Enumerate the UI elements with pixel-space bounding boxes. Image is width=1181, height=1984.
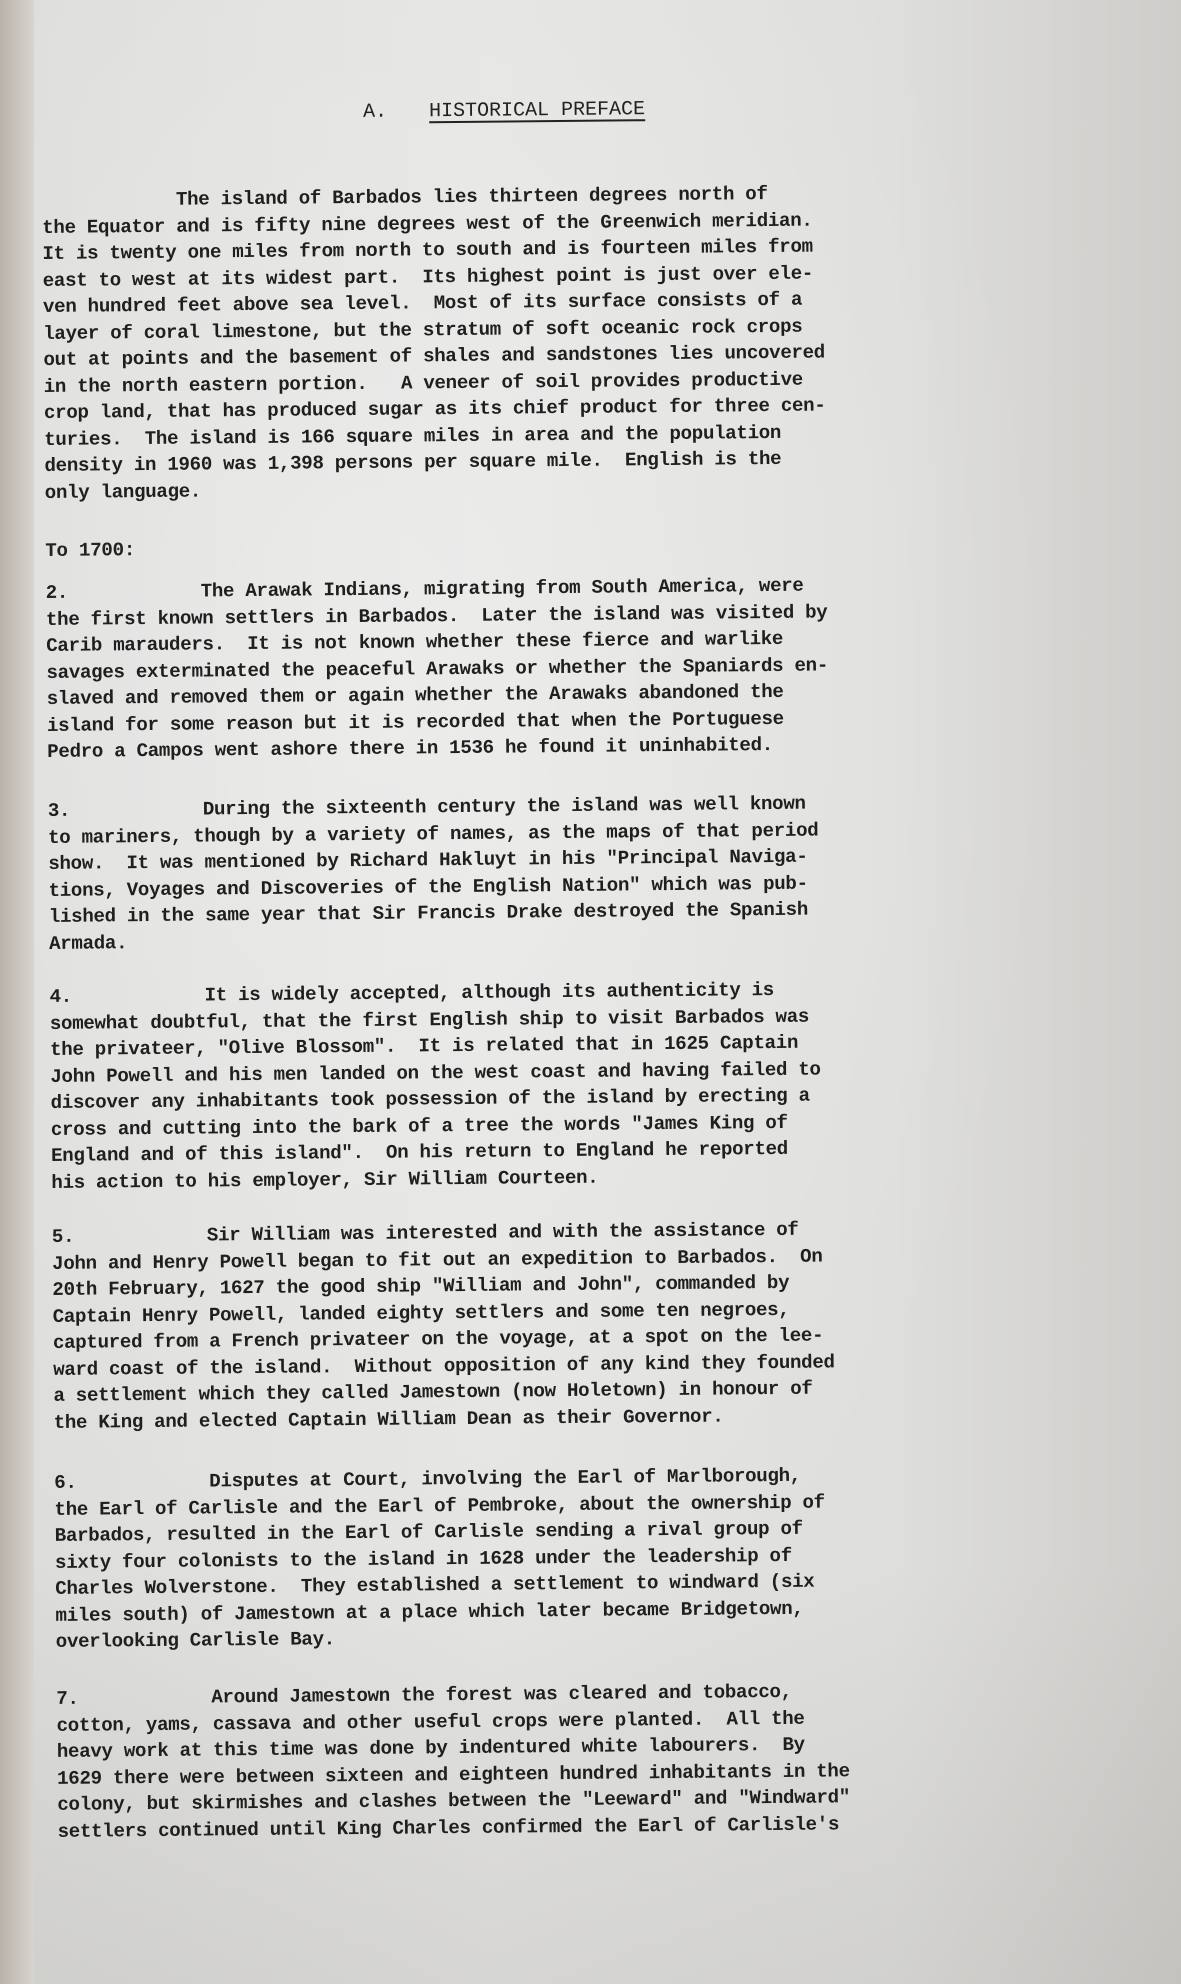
paragraph-7: 7.Around Jamestown the forest was cleare… (56, 1677, 987, 1845)
section-letter: A. (363, 101, 387, 124)
paragraph-4: 4.It is widely accepted, although its au… (49, 975, 981, 1196)
paragraph-number: 4. (49, 982, 204, 1010)
subheading-to-1700: To 1700: (45, 539, 135, 562)
paragraph-number: 3. (48, 796, 203, 824)
book-binding-edge (0, 0, 34, 1984)
paragraph-3: 3.During the sixteenth century the islan… (48, 789, 979, 957)
section-title: A.HISTORICAL PREFACE (363, 98, 645, 124)
paragraph-number: 5. (52, 1222, 207, 1250)
paragraph-2: 2.The Arawak Indians, migrating from Sou… (46, 571, 978, 765)
paragraph-number: 7. (56, 1684, 211, 1712)
paragraph-number: 6. (54, 1468, 209, 1496)
paragraph-6: 6.Disputes at Court, involving the Earl … (54, 1461, 986, 1655)
paragraph-5: 5.Sir William was interested and with th… (52, 1215, 984, 1436)
paragraph-number: 2. (46, 578, 201, 606)
paragraph-intro: The island of Barbados lies thirteen deg… (42, 179, 975, 506)
section-title-text: HISTORICAL PREFACE (429, 98, 645, 123)
